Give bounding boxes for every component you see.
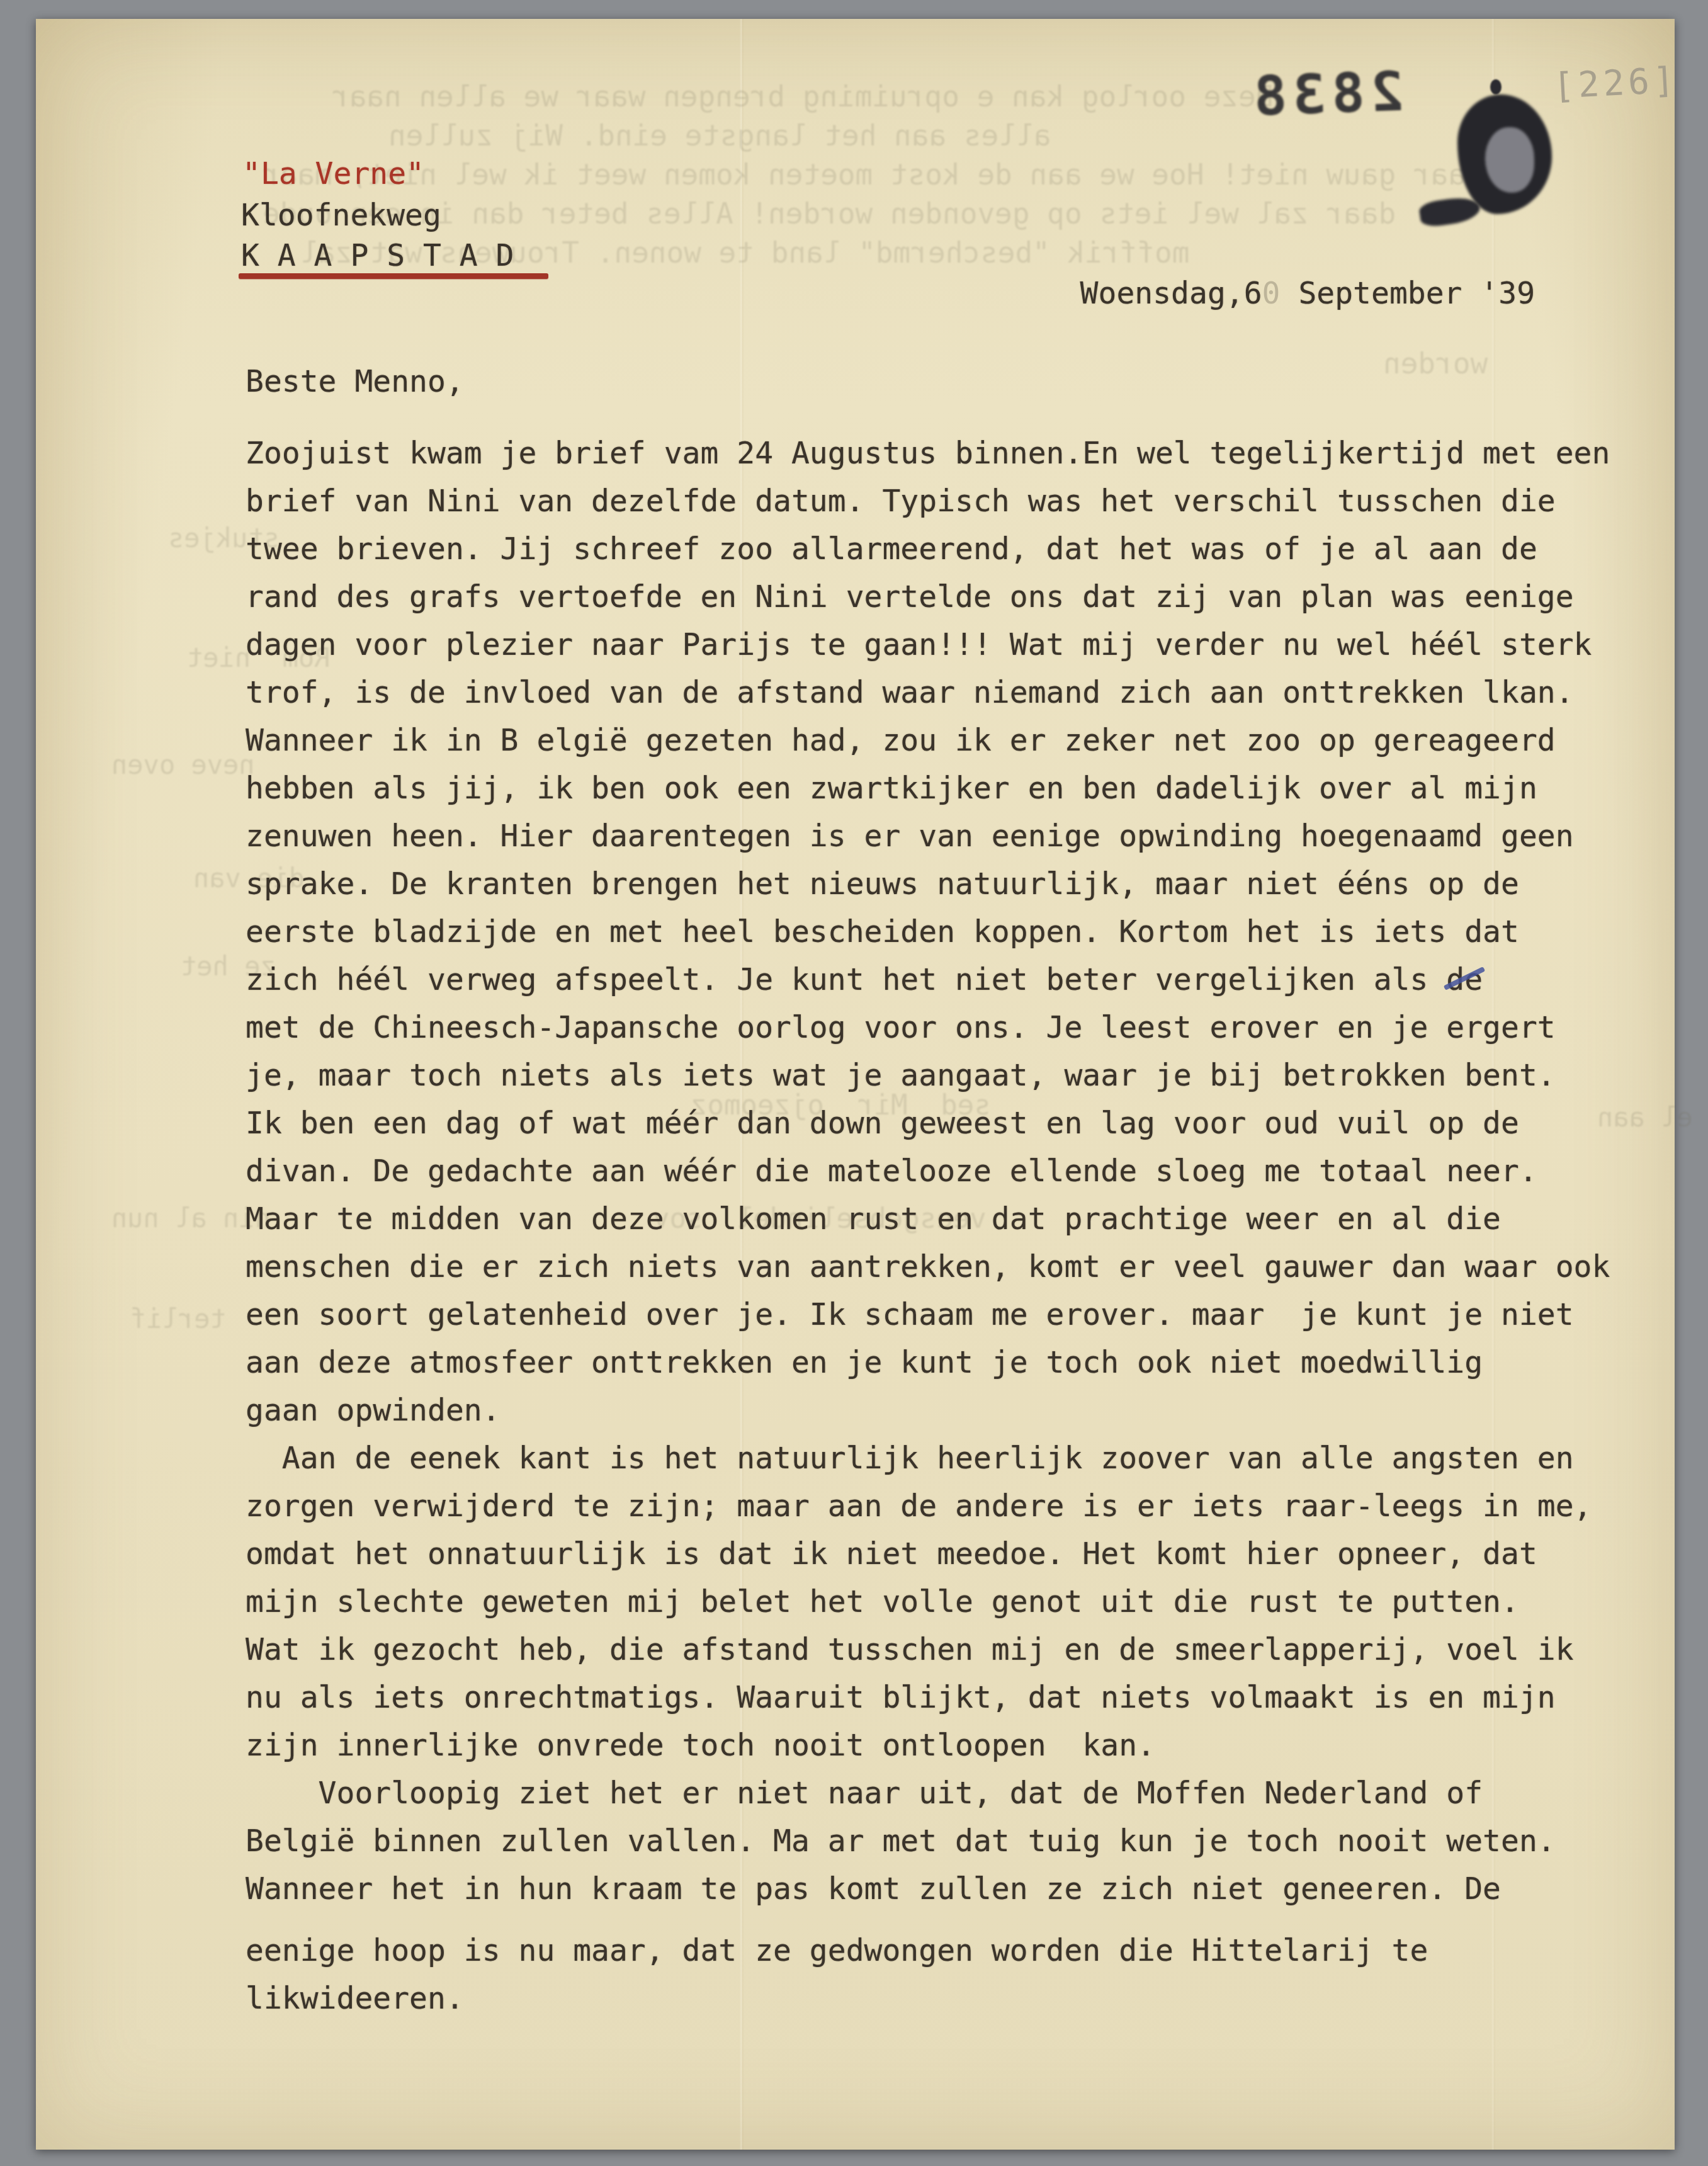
- scanned-letter-screenshot: { "header": { "house_name": "\"La Verne\…: [0, 0, 1708, 2166]
- letter-line-text: rand des grafs vertoefde en Nini verteld…: [246, 579, 1574, 615]
- letter-line: gaan opwinden.: [246, 1386, 1610, 1434]
- letter-line: twee brieven. Jij schreef zoo allarmeere…: [246, 525, 1610, 573]
- letter-line: zijn innerlijke onvrede toch nooit ontlo…: [246, 1721, 1610, 1769]
- letter-line: omdat het onnatuurlijk is dat ik niet me…: [246, 1530, 1610, 1578]
- letter-line-text: trof, is de invloed van de afstand waar …: [246, 675, 1574, 710]
- letter-line-text: Wanneer ik in B elgië gezeten had, zou i…: [246, 723, 1556, 758]
- letter-date-prefix: Woensdag,6: [1080, 276, 1262, 311]
- ink-blot-core: [1485, 127, 1534, 193]
- letter-line-text: likwideeren.: [246, 1981, 464, 2016]
- letter-line: dagen voor plezier naar Parijs te gaan!!…: [246, 621, 1610, 669]
- bleedthrough-line: terlif: [130, 1303, 226, 1334]
- letter-line-text: omdat het onnatuurlijk is dat ik niet me…: [246, 1536, 1537, 1572]
- letter-line-text: met de Chineesch-Japansche oorlog voor o…: [246, 1010, 1556, 1045]
- letter-line-text: België binnen zullen vallen. Ma ar met d…: [246, 1823, 1556, 1859]
- bleedthrough-line: neve oven: [111, 749, 255, 780]
- letter-line: divan. De gedachte aan wéér die matelooz…: [246, 1147, 1610, 1195]
- letter-line: trof, is de invloed van de afstand waar …: [246, 669, 1610, 717]
- letter-line: Ik ben een dag of wat méér dan down gewe…: [246, 1099, 1610, 1147]
- ink-blot-dot: [1490, 79, 1502, 94]
- letterhead-street: Kloofnekweg: [241, 198, 441, 233]
- letter-line-text: eenige hoop is nu maar, dat ze gedwongen…: [246, 1933, 1428, 1968]
- letter-line: je, maar toch niets als iets wat je aang…: [246, 1052, 1610, 1099]
- letter-line-text: Maar te midden van deze volkomen rust en…: [246, 1201, 1501, 1237]
- letter-line-text: Wanneer het in hun kraam te pas komt zul…: [246, 1871, 1501, 1907]
- letterhead-city: K A A P S T A D: [241, 238, 514, 273]
- letter-line-text: divan. De gedachte aan wéér die matelooz…: [246, 1154, 1537, 1189]
- bleedthrough-line: worden: [1383, 346, 1488, 380]
- letter-line: hebben als jij, ik ben ook een zwartkijk…: [246, 764, 1610, 812]
- ghost-digit: 0: [1262, 276, 1281, 311]
- ink-stamp-digits: 2838: [1247, 60, 1404, 129]
- letter-line-text: gaan opwinden.: [246, 1393, 501, 1428]
- letter-line: eenige hoop is nu maar, dat ze gedwongen…: [246, 1927, 1610, 1975]
- letter-line-text: dagen voor plezier naar Parijs te gaan!!…: [246, 627, 1592, 662]
- paper: Deze oorlog kan e opruiming brengen waar…: [36, 19, 1675, 2150]
- bleedthrough-line: Deze oorlog kan e opruiming brengen waar…: [332, 79, 1274, 113]
- letter-line: rand des grafs vertoefde en Nini verteld…: [246, 573, 1610, 621]
- letter-line-text: nu als iets onrechtmatigs. Waaruit blijk…: [246, 1680, 1556, 1715]
- letter-line-text: Ik ben een dag of wat méér dan down gewe…: [246, 1106, 1519, 1141]
- letter-line-text: sprake. De kranten brengen het nieuws na…: [246, 866, 1519, 902]
- letter-line: Wat ik gezocht heb, die afstand tusschen…: [246, 1626, 1610, 1674]
- letter-line-text: menschen die er zich niets van aantrekke…: [246, 1249, 1610, 1284]
- letter-line: zich héél verweg afspeelt. Je kunt het n…: [246, 956, 1610, 1004]
- letter-line-text: twee brieven. Jij schreef zoo allarmeere…: [246, 531, 1537, 567]
- bleedthrough-line: maar gauw niet! Hoe we aan de kost moete…: [263, 157, 1483, 191]
- letterhead-house-name: "La Verne": [242, 156, 424, 191]
- letter-line-text: een soort gelatenheid over je. Ik schaam…: [246, 1297, 1574, 1332]
- letter-line-text: zenuwen heen. Hier daarentegen is er van…: [246, 819, 1574, 854]
- letter-line: menschen die er zich niets van aantrekke…: [246, 1243, 1610, 1291]
- bleedthrough-line: op el aan: [1597, 1102, 1708, 1133]
- letter-line: brief van Nini van dezelfde datum. Typis…: [246, 477, 1610, 525]
- letter-line-text: brief van Nini van dezelfde datum. Typis…: [246, 484, 1556, 519]
- letter-line: Wanneer ik in B elgië gezeten had, zou i…: [246, 717, 1610, 764]
- ink-blot-tail: [1418, 195, 1482, 229]
- letter-line: aan deze atmosfeer onttrekken en je kunt…: [246, 1339, 1610, 1386]
- letter-line: Wanneer het in hun kraam te pas komt zul…: [246, 1865, 1610, 1913]
- bleedthrough-line: alles aan het langste eind. Wij zullen: [388, 118, 1051, 152]
- letter-date-suffix: September '39: [1280, 276, 1535, 311]
- letter-line: Maar te midden van deze volkomen rust en…: [246, 1195, 1610, 1243]
- letter-line-text: eerste bladzijde en met heel bescheiden …: [246, 914, 1519, 950]
- letter-line-text: zorgen verwijderd te zijn; maar aan de a…: [246, 1488, 1592, 1524]
- letter-date: Woensdag,60 September '39: [1007, 241, 1535, 346]
- letter-line-text: Voorloopig ziet het er niet naar uit, da…: [246, 1776, 1483, 1811]
- letter-line-text: Zoojuist kwam je brief vam 24 Augustus b…: [246, 436, 1610, 471]
- pen-strikethrough-word: de: [1446, 956, 1483, 1004]
- letter-line: een soort gelatenheid over je. Ik schaam…: [246, 1291, 1610, 1339]
- letter-line-text: Aan de eenek kant is het natuurlijk heer…: [246, 1441, 1574, 1476]
- letter-line: Voorloopig ziet het er niet naar uit, da…: [246, 1769, 1610, 1817]
- letterhead-underline: [239, 273, 548, 279]
- letter-line-text: mijn slechte geweten mij belet het volle…: [246, 1584, 1519, 1619]
- letter-line-text: Wat ik gezocht heb, die afstand tusschen…: [246, 1632, 1574, 1667]
- letter-line: met de Chineesch-Japansche oorlog voor o…: [246, 1004, 1610, 1052]
- letter-line: nu als iets onrechtmatigs. Waaruit blijk…: [246, 1674, 1610, 1721]
- letter-line: België binnen zullen vallen. Ma ar met d…: [246, 1817, 1610, 1865]
- letter-line-text: zijn innerlijke onvrede toch nooit ontlo…: [246, 1728, 1155, 1763]
- pencil-annotation: [226]: [1552, 60, 1679, 107]
- ink-blot: [1457, 88, 1558, 233]
- letter-line: eerste bladzijde en met heel bescheiden …: [246, 908, 1610, 956]
- letter-line: mijn slechte geweten mij belet het volle…: [246, 1578, 1610, 1626]
- letter-line: Zoojuist kwam je brief vam 24 Augustus b…: [246, 429, 1610, 477]
- letter-line: likwideeren.: [246, 1975, 1610, 2022]
- letter-body: Zoojuist kwam je brief vam 24 Augustus b…: [246, 429, 1610, 2022]
- letter-line-text: aan deze atmosfeer onttrekken en je kunt…: [246, 1345, 1483, 1380]
- letter-line-text: zich héél verweg afspeelt. Je kunt het n…: [246, 962, 1446, 997]
- letter-line: Aan de eenek kant is het natuurlijk heer…: [246, 1434, 1610, 1482]
- letter-line-text: je, maar toch niets als iets wat je aang…: [246, 1058, 1556, 1093]
- salutation: Beste Menno,: [246, 364, 464, 399]
- letter-line: zenuwen heen. Hier daarentegen is er van…: [246, 812, 1610, 860]
- letter-line-text: hebben als jij, ik ben ook een zwartkijk…: [246, 771, 1537, 806]
- letter-line: sprake. De kranten brengen het nieuws na…: [246, 860, 1610, 908]
- letter-line: zorgen verwijderd te zijn; maar aan de a…: [246, 1482, 1610, 1530]
